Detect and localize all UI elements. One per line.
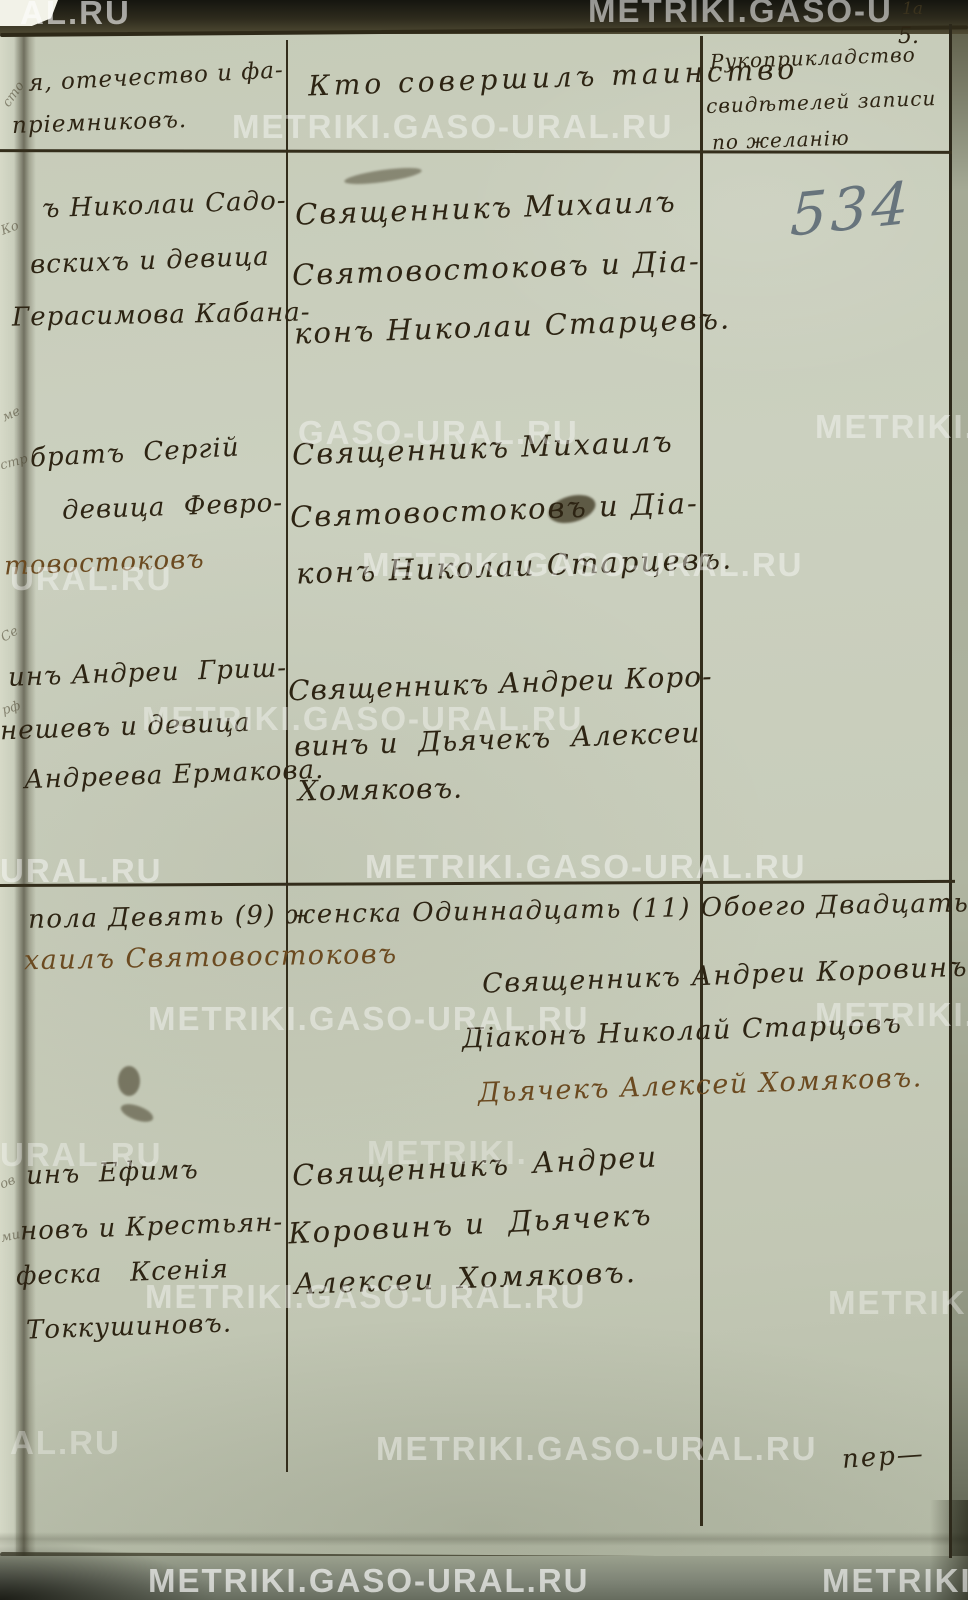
archival-stamp-number: 534 xyxy=(789,173,913,244)
header-col1-line2: пріемниковъ. xyxy=(12,109,188,138)
watermark: GASO-URAL.RU xyxy=(298,414,579,452)
watermark: METRIKI. xyxy=(828,1284,968,1322)
margin-fragment: ми xyxy=(0,1228,21,1245)
watermark: METRIKI.GASO-U xyxy=(588,0,893,30)
watermark: METRIKI.GASO-URAL.RU xyxy=(145,1278,586,1316)
watermark: METRIKI. xyxy=(815,408,968,446)
watermark: METRIKI.GASO-URAL.RU xyxy=(148,1000,589,1038)
entry3-clergy-line: Хомяковъ. xyxy=(298,775,463,806)
watermark: METRIKI. xyxy=(822,1562,968,1600)
watermark: METRIKI.GASO-URAL.RU xyxy=(365,848,806,886)
watermark: METRIKI. xyxy=(815,996,968,1034)
binding-crease-shadow xyxy=(14,0,36,1600)
watermark: METRIKI.GASO-URAL.RU xyxy=(142,700,583,738)
watermark: METRIKI. xyxy=(367,1134,528,1172)
watermark: METRIKI.GASO-URAL.RU xyxy=(376,1430,817,1468)
table-right-border xyxy=(949,24,952,1558)
scanned-parish-register-page: { "document": { "folio_number": "5.", "c… xyxy=(0,0,968,1600)
watermark: URAL.RU xyxy=(10,560,172,598)
watermark: AL.RU xyxy=(10,1424,121,1462)
watermark: URAL.RU xyxy=(0,1136,162,1174)
watermark: AL.RU xyxy=(20,0,131,32)
header-col3-line3: по желанію xyxy=(712,128,850,153)
entry2-godparents-line: девица Февро- xyxy=(62,490,284,524)
catchword: пер— xyxy=(841,1441,925,1473)
entry1-godparents-line: Герасимова Кабана- xyxy=(12,299,311,330)
watermark: METRIKI.GASO-URAL.RU xyxy=(362,546,803,584)
watermark: URAL.RU xyxy=(0,852,162,890)
watermark: METRIKI.GASO-URAL.RU xyxy=(148,1562,589,1600)
entry1-godparents-line: вскихъ и девица xyxy=(30,244,270,278)
folio-number: 5. xyxy=(898,26,919,48)
totals-continuation: хаилъ Святовостоковъ xyxy=(24,941,398,975)
ink-blot xyxy=(118,1066,140,1096)
corner-fragment: 1а xyxy=(902,1,923,18)
right-page-margin xyxy=(951,0,968,1600)
watermark: METRIKI.GASO-URAL.RU xyxy=(232,108,673,146)
